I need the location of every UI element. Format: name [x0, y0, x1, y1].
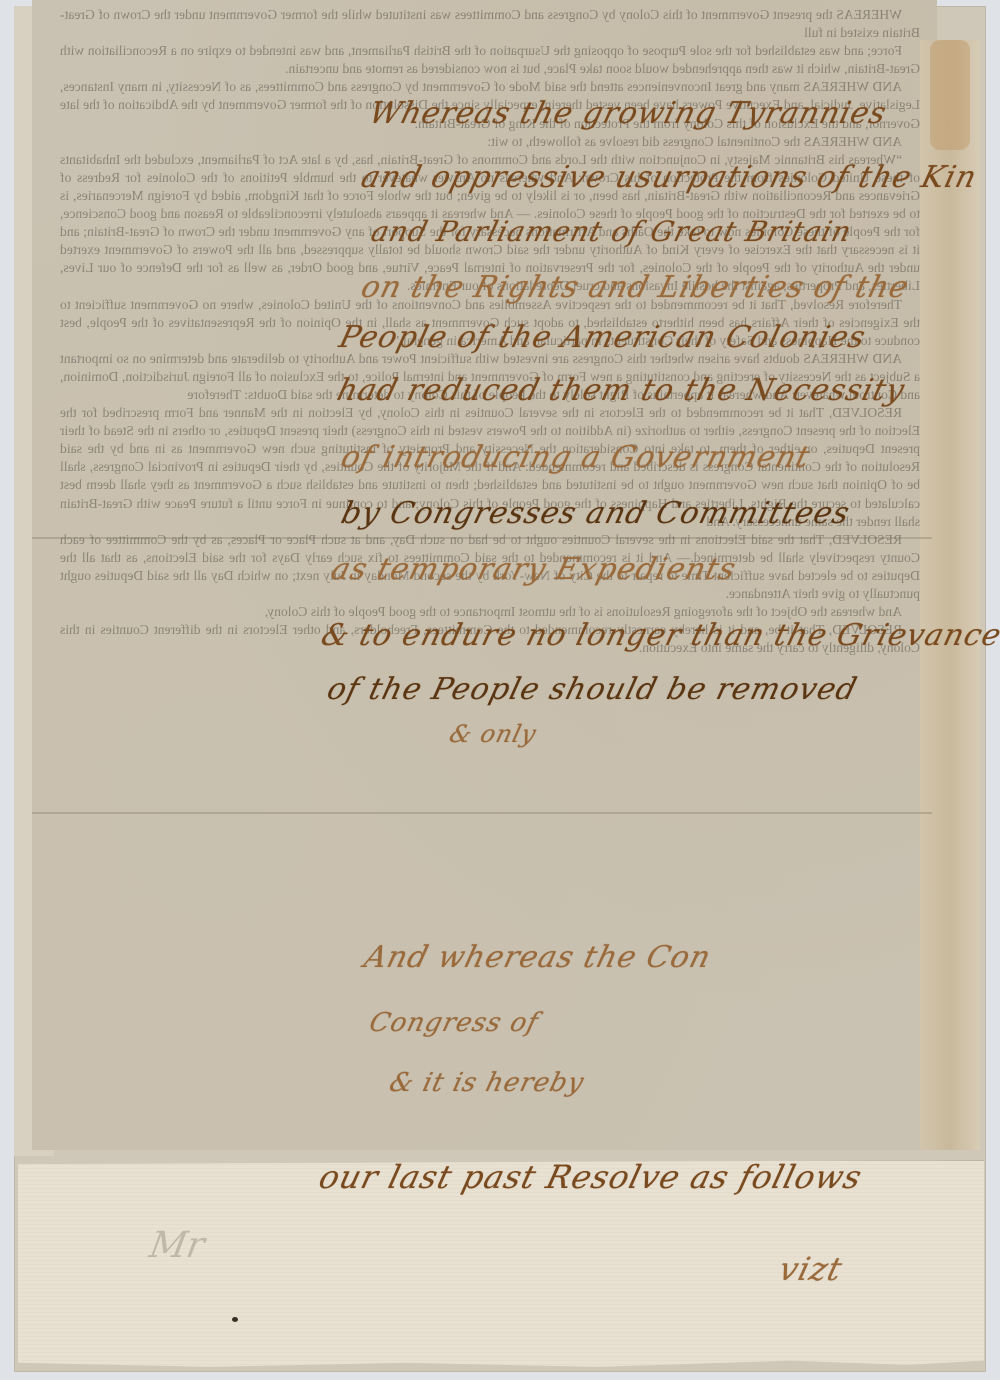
handwritten-line: by Congresses and Committees — [338, 496, 854, 531]
handwritten-line: of the People should be removed — [324, 672, 861, 707]
handwritten-line: and oppressive usurpations of the Kin — [358, 160, 981, 195]
pencil-mark: Mr — [146, 1225, 207, 1266]
handwritten-line: & it is hereby — [386, 1068, 587, 1098]
handwritten-line: Whereas the growing Tyrannies — [366, 96, 891, 131]
handwritten-line: Congress of — [366, 1008, 541, 1038]
handwritten-line: our last past Resolve as follows — [315, 1158, 866, 1196]
handwritten-line: & only — [447, 720, 540, 748]
handwritten-line: and Parliament of Great Britain — [368, 215, 855, 248]
handwritten-line: & to endure no longer than the Grievance — [318, 618, 1000, 653]
right-margin-edge — [920, 40, 980, 1150]
print-paragraph: WHEREAS the present Government of this C… — [60, 6, 920, 42]
print-paragraph: Force; and was established for the sole … — [60, 42, 920, 78]
ink-stain — [930, 40, 970, 150]
fold-line — [32, 812, 932, 814]
handwritten-line: of introducing a Government — [338, 440, 814, 475]
handwritten-line: had reduced them to the Necessity — [334, 373, 909, 408]
print-paragraph: AND WHEREAS the Continental Congress did… — [60, 133, 920, 151]
handwritten-line: People of the American Colonies — [336, 320, 870, 355]
handwritten-line: And whereas the Con — [361, 940, 715, 975]
ink-speck — [232, 1317, 238, 1322]
handwritten-line: on the Rights and Liberties of the — [358, 270, 913, 305]
handwritten-line: vizt — [775, 1250, 847, 1288]
handwritten-line: as temporary Expedients — [328, 552, 740, 587]
